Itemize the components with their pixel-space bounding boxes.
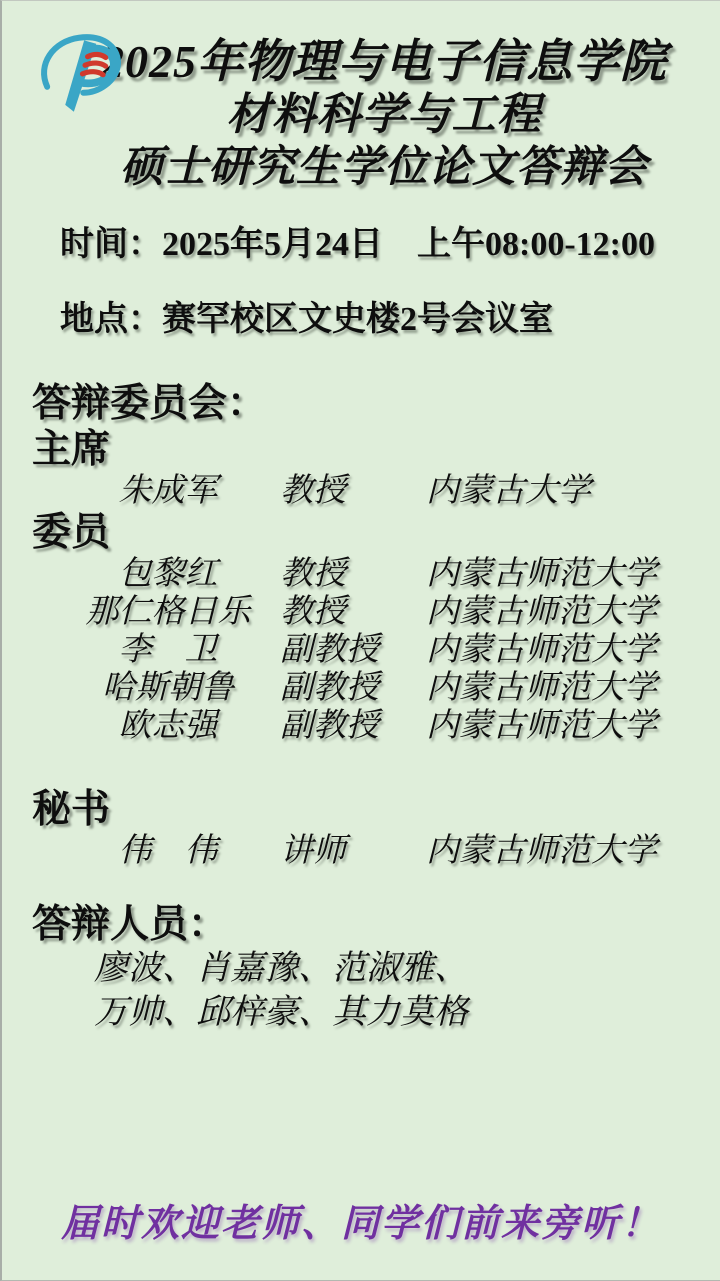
announcement-poster: 2025年物理与电子信息学院 材料科学与工程 硕士研究生学位论文答辩会 时间：2… bbox=[0, 0, 720, 1281]
member-row: 哈斯朝鲁 副教授 内蒙古师范大学 bbox=[2, 669, 720, 707]
person-org: 内蒙古师范大学 bbox=[426, 593, 720, 631]
person-name: 朱成军 bbox=[62, 472, 274, 510]
title-line-1: 2025年物理与电子信息学院 bbox=[48, 35, 720, 89]
defenders-heading: 答辩人员： bbox=[2, 902, 720, 947]
person-name: 李 卫 bbox=[62, 631, 274, 669]
secretary-row: 伟 伟 讲师 内蒙古师范大学 bbox=[2, 832, 720, 870]
defenders-section: 答辩人员： 廖波、肖嘉豫、范淑雅、 万帅、邱梓豪、其力莫格 bbox=[2, 902, 720, 1035]
person-name: 那仁格日乐 bbox=[62, 593, 274, 631]
person-org: 内蒙古师范大学 bbox=[426, 555, 720, 593]
person-title: 副教授 bbox=[274, 707, 426, 745]
title-line-3: 硕士研究生学位论文答辩会 bbox=[48, 141, 720, 195]
member-row: 李 卫 副教授 内蒙古师范大学 bbox=[2, 631, 720, 669]
person-org: 内蒙古师范大学 bbox=[426, 669, 720, 707]
person-name: 伟 伟 bbox=[62, 832, 274, 870]
person-title: 教授 bbox=[274, 593, 426, 631]
college-logo bbox=[36, 27, 122, 119]
defender-names-line-1: 廖波、肖嘉豫、范淑雅、 bbox=[2, 947, 720, 991]
member-row: 那仁格日乐 教授 内蒙古师范大学 bbox=[2, 593, 720, 631]
person-org: 内蒙古师范大学 bbox=[426, 832, 720, 870]
chair-row: 朱成军 教授 内蒙古大学 bbox=[2, 472, 720, 510]
member-row: 包黎红 教授 内蒙古师范大学 bbox=[2, 555, 720, 593]
person-org: 内蒙古师范大学 bbox=[426, 631, 720, 669]
person-org: 内蒙古大学 bbox=[426, 472, 720, 510]
members-label: 委员 bbox=[2, 510, 720, 555]
person-name: 哈斯朝鲁 bbox=[62, 669, 274, 707]
person-title: 教授 bbox=[274, 555, 426, 593]
person-title: 副教授 bbox=[274, 631, 426, 669]
person-org: 内蒙古师范大学 bbox=[426, 707, 720, 745]
member-row: 欧志强 副教授 内蒙古师范大学 bbox=[2, 707, 720, 745]
logo-stripe-3 bbox=[82, 72, 103, 75]
person-name: 欧志强 bbox=[62, 707, 274, 745]
person-name: 包黎红 bbox=[62, 555, 274, 593]
logo-stripe-1 bbox=[88, 54, 106, 57]
secretary-label: 秘书 bbox=[2, 787, 720, 832]
welcome-note: 届时欢迎老师、同学们前来旁听！ bbox=[2, 1192, 720, 1247]
logo-stripe-2 bbox=[85, 63, 106, 66]
defender-names-line-2: 万帅、邱梓豪、其力莫格 bbox=[2, 991, 720, 1035]
person-title: 副教授 bbox=[274, 669, 426, 707]
person-title: 讲师 bbox=[274, 832, 426, 870]
person-title: 教授 bbox=[274, 472, 426, 510]
committee-section: 答辩委员会： 主席 朱成军 教授 内蒙古大学 委员 包黎红 教授 内蒙古师范大学… bbox=[2, 381, 720, 870]
chair-label: 主席 bbox=[2, 427, 720, 472]
session-time: 时间：2025年5月24日 上午08:00-12:00 bbox=[2, 224, 720, 266]
title-line-2: 材料科学与工程 bbox=[48, 89, 720, 141]
session-location: 地点：赛罕校区文史楼2号会议室 bbox=[2, 299, 720, 341]
committee-heading: 答辩委员会： bbox=[2, 381, 720, 426]
